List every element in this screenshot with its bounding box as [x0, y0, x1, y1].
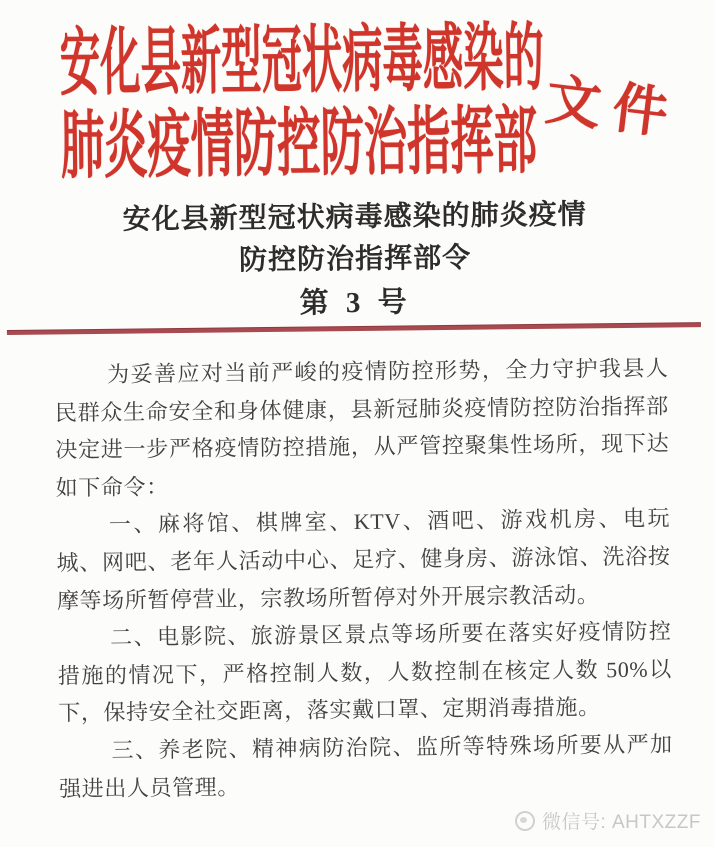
- letterhead-org-line2: 肺炎疫情防控防治指挥部: [60, 102, 441, 189]
- watermark-label: 微信号: AHTXZZF: [542, 807, 701, 834]
- letterhead-org-line1: 安化县新型冠状病毒感染的: [59, 19, 414, 106]
- document-page: 安化县新型冠状病毒感染的 肺炎疫情防控防治指挥部 文件 安化县新型冠状病毒感染的…: [0, 0, 714, 847]
- body-paragraph-item-2: 二、电影院、旅游景区景点等场所要在落实好疫情防控措施的情况下，严格控制人数，人数…: [57, 613, 672, 733]
- body-paragraph-intro: 为妥善应对当前严峻的疫情防控形势，全力守护我县人民群众生命安全和身体健康，县新冠…: [54, 349, 670, 506]
- scanned-document: 安化县新型冠状病毒感染的 肺炎疫情防控防治指挥部 文件 安化县新型冠状病毒感染的…: [0, 0, 714, 847]
- letterhead-doc-type-label: 文件: [542, 55, 684, 149]
- letterhead: 安化县新型冠状病毒感染的 肺炎疫情防控防治指挥部 文件: [59, 16, 711, 203]
- watermark: 微信号: AHTXZZF: [515, 807, 701, 834]
- wechat-icon: [515, 811, 535, 831]
- body-paragraph-item-1: 一、麻将馆、棋牌室、KTV、酒吧、游戏机房、电玩城、网吧、老年人活动中心、足疗、…: [56, 500, 671, 620]
- body-paragraph-item-3: 三、养老院、精神病防治院、监所等特殊场所要从严加强进出人员管理。: [58, 725, 673, 807]
- document-title-block: 安化县新型冠状病毒感染的肺炎疫情 防控防治指挥部令 第 3 号: [0, 193, 713, 329]
- document-body: 为妥善应对当前严峻的疫情防控形势，全力守护我县人民群众生命安全和身体健康，县新冠…: [54, 349, 673, 807]
- document-number: 第 3 号: [0, 277, 713, 329]
